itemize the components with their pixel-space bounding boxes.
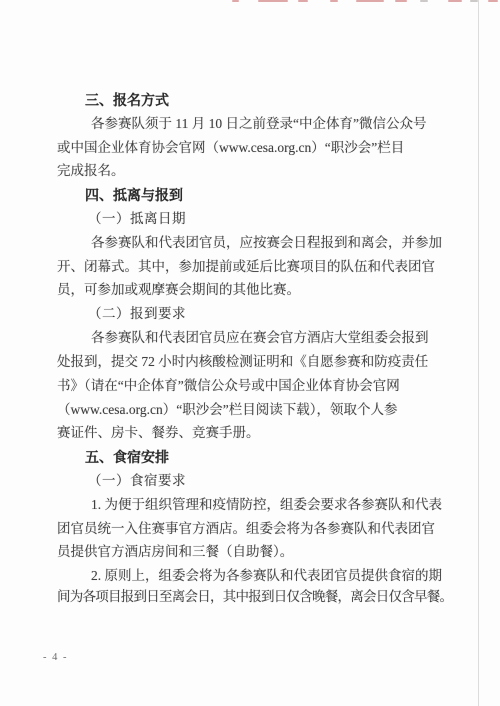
scan-artifact (258, 0, 288, 2)
body-line: 员，可参加或观摩赛会期间的其他比赛。 (57, 278, 300, 302)
body-line: 或中国企业体育协会官网（www.cesa.org.cn）“职沙会”栏目 (57, 136, 404, 160)
scan-artifact (420, 0, 428, 2)
scan-artifact (356, 0, 384, 2)
body-line: 开、闭幕式。其中，参加提前或延后比赛项目的队伍和代表团官 (57, 255, 435, 279)
sub-heading: （一）抵离日期 (88, 207, 186, 231)
scan-artifact (298, 0, 308, 2)
sub-heading: （一）食宿要求 (88, 469, 186, 493)
scan-artifact (488, 0, 498, 2)
body-line: 各参赛队和代表团官员，应按赛会日程报到和离会，并参加 (91, 231, 442, 255)
body-line: 处报到，提交 72 小时内核酸检测证明和《自愿参赛和防疫责任 (57, 350, 428, 374)
scan-artifact (232, 0, 239, 2)
body-line: 各参赛队须于 11 月 10 日之前登录“中企体育”微信公众号 (91, 112, 426, 136)
body-line: 书》（请在“中企体育”微信公众号或中国企业体育协会官网 (57, 374, 400, 398)
scan-artifact (330, 0, 338, 2)
body-line: （www.cesa.org.cn）“职沙会”栏目阅读下载），领取个人参 (57, 398, 397, 422)
scan-artifact (395, 0, 407, 2)
section-heading: 三、报名方式 (85, 88, 169, 112)
body-line: 完成报名。 (57, 159, 125, 183)
section-heading: 五、食宿安排 (85, 445, 169, 469)
body-line: 各参赛队和代表团官员应在赛会官方酒店大堂组委会报到 (91, 326, 429, 350)
scan-artifact (470, 0, 478, 2)
page-number: - 4 - (43, 652, 68, 663)
body-line: 赛证件、房卡、餐券、竞赛手册。 (57, 421, 260, 445)
scan-artifact (448, 0, 462, 2)
body-line: 团官员统一入住赛事官方酒店。组委会将为各参赛队和代表团官 (57, 517, 435, 541)
document-page: 三、报名方式 各参赛队须于 11 月 10 日之前登录“中企体育”微信公众号 或… (0, 0, 500, 706)
body-line: 1. 为便于组织管理和疫情防控，组委会要求各参赛队和代表 (91, 493, 442, 517)
body-line: 员提供官方酒店房间和三餐（自助餐）。 (57, 540, 293, 564)
section-heading: 四、抵离与报到 (85, 183, 183, 207)
sub-heading: （二）报到要求 (88, 302, 186, 326)
page-edge-line (478, 0, 479, 706)
body-line: 间为各项目报到日至离会日，其中报到日仅含晚餐，离会日仅含早餐。 (57, 585, 452, 609)
